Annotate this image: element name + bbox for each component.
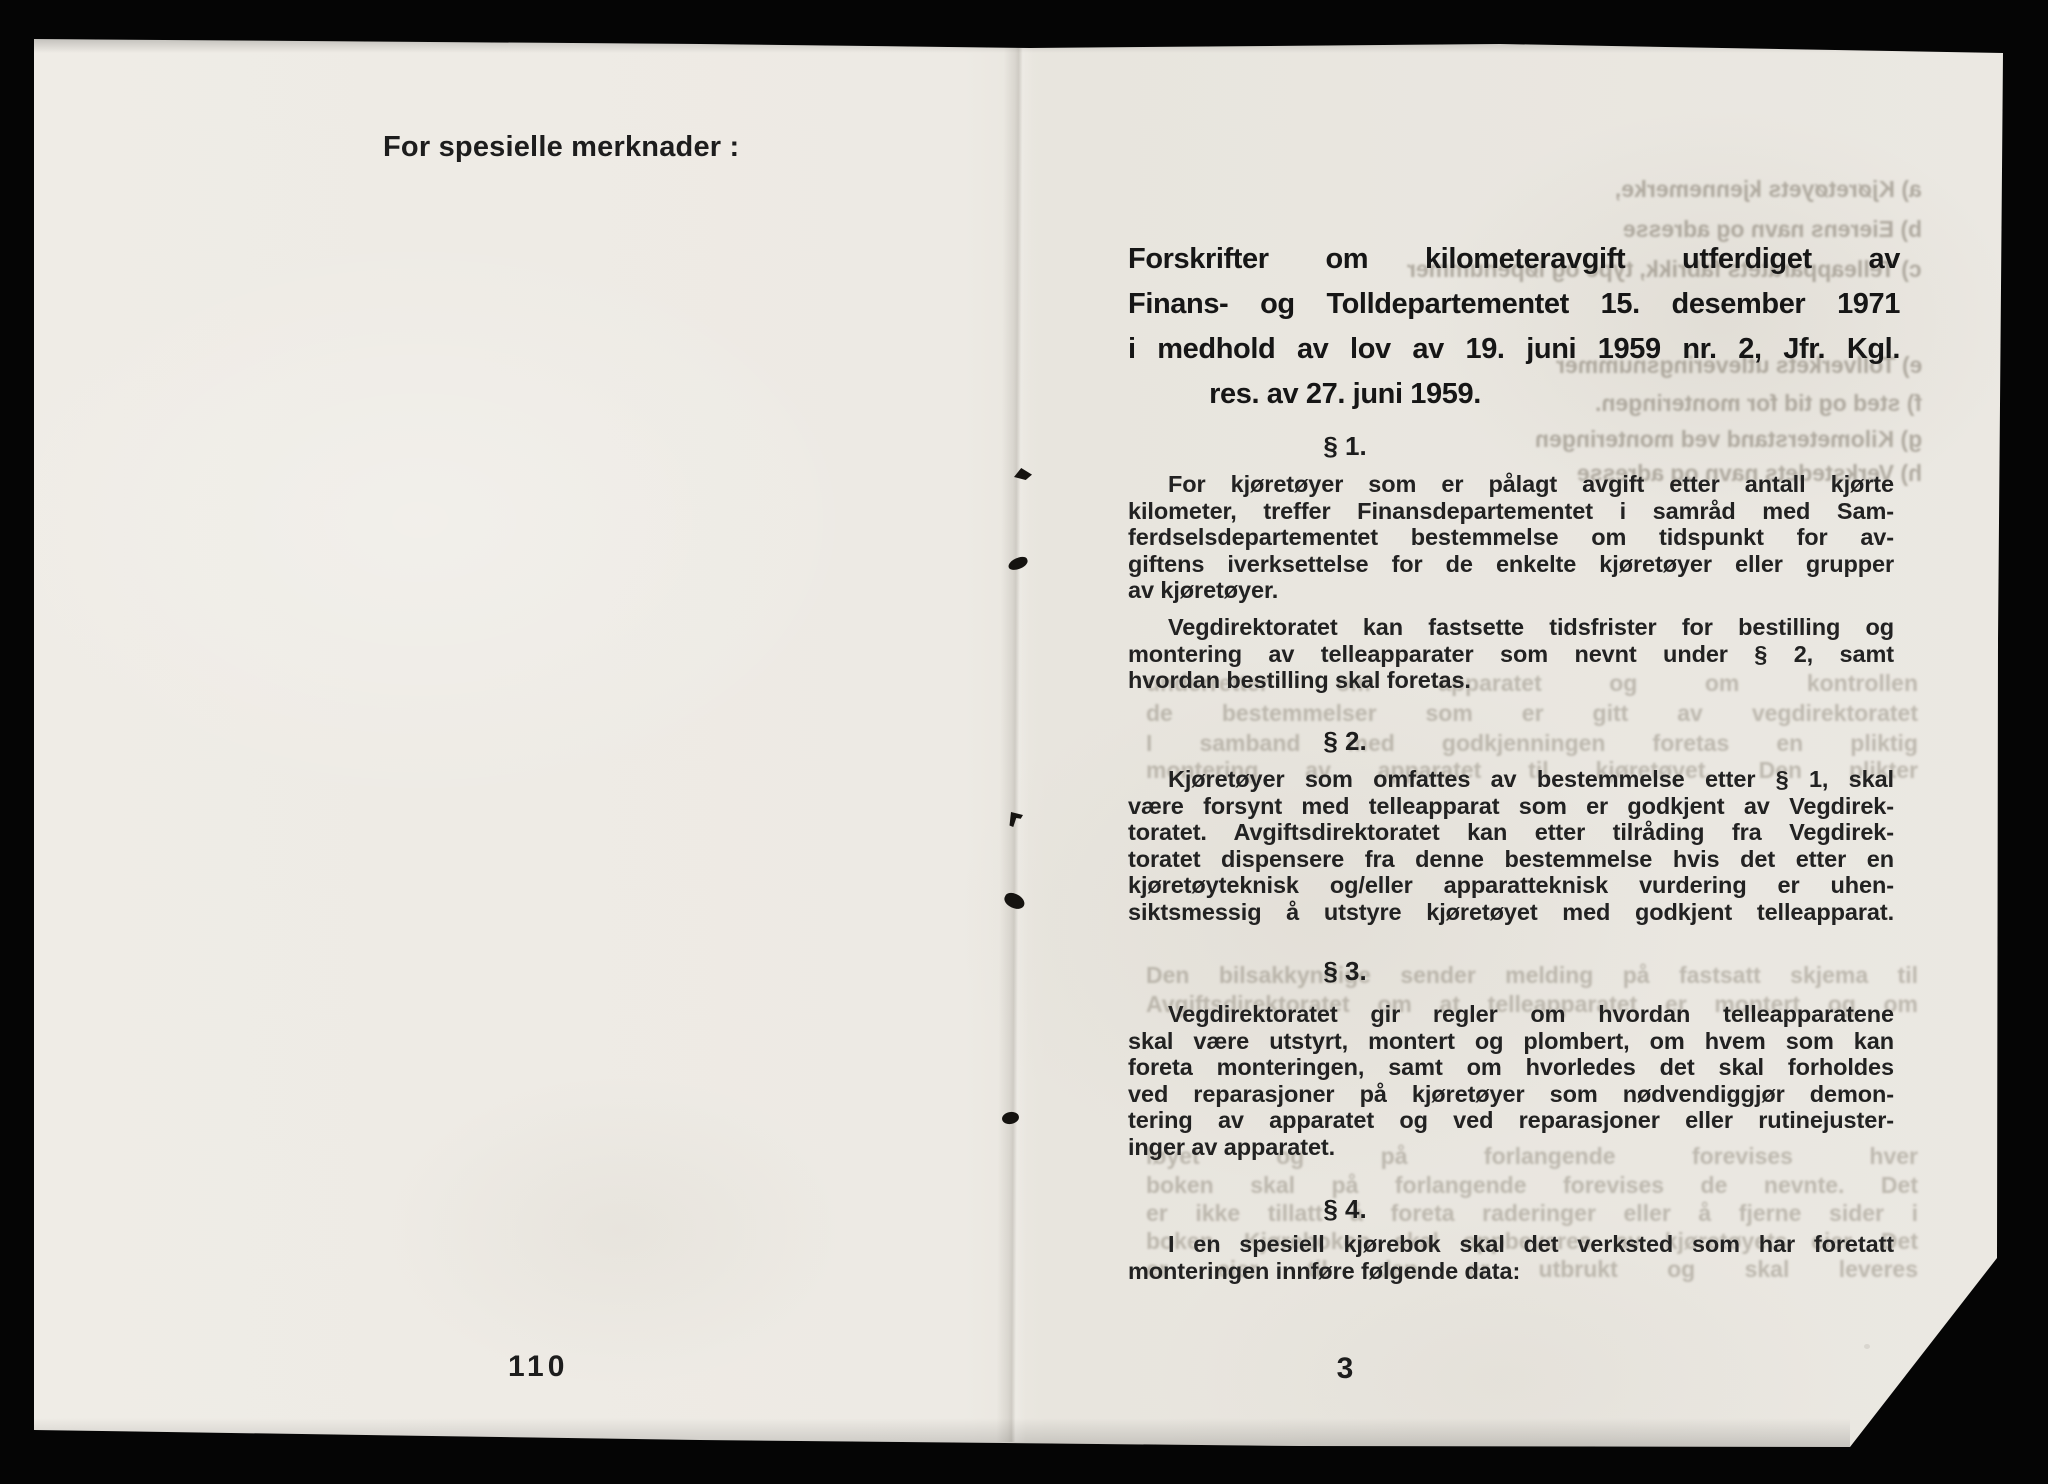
text-line: ved reparasjoner på kjøretøyer som nødve… (1128, 1081, 1894, 1108)
left-page-number: 110 (508, 1350, 568, 1384)
text-line: toratet. Avgiftsdirektoratet kan etter t… (1128, 819, 1894, 846)
text-line: kilometer, treffer Finansdepartementet i… (1128, 498, 1894, 525)
ghost-line: a) Kjøretøyets kjennemerke, (1615, 176, 1922, 203)
ghost-line: de bestemmelser som er gitt av vegdirekt… (1146, 700, 1918, 727)
title-line: Forskrifter om kilometeravgift utferdige… (1128, 237, 1900, 282)
text-line: Vegdirektoratet kan fastsette tidsfriste… (1128, 614, 1894, 641)
regulation-title: Forskrifter om kilometeravgift utferdige… (1128, 237, 1900, 417)
section-4-heading: § 4. (1128, 1194, 1562, 1225)
title-line: Finans- og Tolldepartementet 15. desembe… (1128, 282, 1900, 327)
text-line: inger av apparatet. (1128, 1134, 1894, 1161)
section-2-paragraph-1: Kjøretøyer som omfattes av bestemmelse e… (1128, 766, 1894, 926)
text-line: For kjøretøyer som er pålagt avgift ette… (1128, 471, 1894, 498)
section-1-paragraph-2: Vegdirektoratet kan fastsette tidsfriste… (1128, 614, 1894, 694)
section-4-paragraph-1: I en spesiell kjørebok skal det verksted… (1128, 1231, 1894, 1284)
scanned-document: a) Kjøretøyets kjennemerke, b) Eierens n… (0, 0, 2048, 1484)
title-line: res. av 27. juni 1959. (1128, 372, 1562, 417)
text-line: ferdselsdepartementet bestemmelse om tid… (1128, 524, 1894, 551)
text-line: foreta monteringen, samt om hvorledes de… (1128, 1054, 1894, 1081)
text-line: skal være utstyrt, montert og plombert, … (1128, 1028, 1894, 1055)
section-3-paragraph-1: Vegdirektoratet gir regler om hvordan te… (1128, 1001, 1894, 1161)
text-line: monteringen innføre følgende data: (1128, 1258, 1894, 1285)
text-line: Kjøretøyer som omfattes av bestemmelse e… (1128, 766, 1894, 793)
text-line: Vegdirektoratet gir regler om hvordan te… (1128, 1001, 1894, 1028)
section-3-heading: § 3. (1128, 956, 1562, 987)
text-line: hvordan bestilling skal foretas. (1128, 667, 1894, 694)
center-fold-crease (996, 44, 1033, 1442)
text-line: toratet dispensere fra denne bestemmelse… (1128, 846, 1894, 873)
text-line: giftens iverksettelse for de enkelte kjø… (1128, 551, 1894, 578)
right-page-number: 3 (1128, 1352, 1562, 1386)
section-1-heading: § 1. (1128, 431, 1562, 462)
ghost-line: g) Kilometerstand ved monteringen (1535, 426, 1922, 453)
section-1-paragraph-1: For kjøretøyer som er pålagt avgift ette… (1128, 471, 1894, 604)
section-2-heading: § 2. (1128, 726, 1562, 757)
paper-sheet: a) Kjøretøyets kjennemerke, b) Eierens n… (0, 0, 2048, 1484)
text-line: montering av telleapparater som nevnt un… (1128, 641, 1894, 668)
bottom-edge-shadow (34, 1418, 1850, 1448)
text-line: være forsynt med telleapparat som er god… (1128, 793, 1894, 820)
text-line: I en spesiell kjørebok skal det verksted… (1128, 1231, 1894, 1258)
title-line: i medhold av lov av 19. juni 1959 nr. 2,… (1128, 327, 1900, 372)
text-line: kjøretøyteknisk og/eller apparatteknisk … (1128, 872, 1894, 899)
text-line: tering av apparatet og ved reparasjoner … (1128, 1107, 1894, 1134)
text-line: av kjøretøyer. (1128, 577, 1894, 604)
text-line: siktsmessig å utstyre kjøretøyet med god… (1128, 899, 1894, 926)
dust-speck-icon (1864, 1344, 1870, 1349)
left-page-heading: For spesielle merknader : (383, 131, 739, 164)
